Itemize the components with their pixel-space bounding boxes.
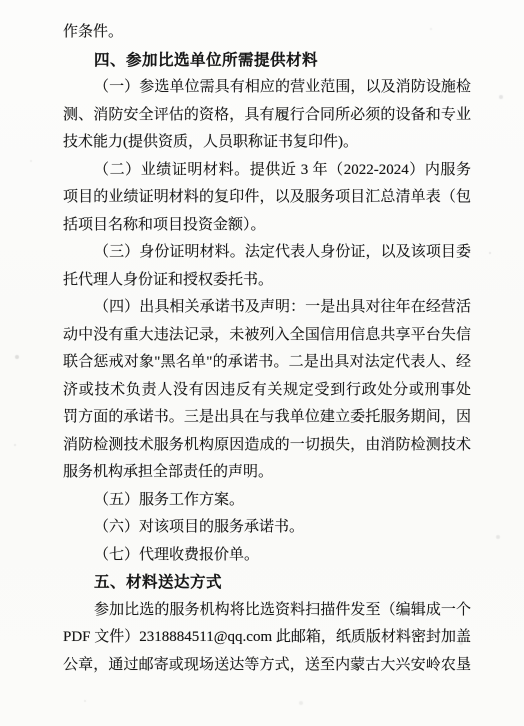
text-line: 罚方面的承诺书。三是出具在与我单位建立委托服务期间，因 xyxy=(63,404,471,432)
text-line: 测、消防安全评估的资格，具有履行合同所必须的设备和专业 xyxy=(63,102,471,130)
text-line: 项目的业绩证明材料的复印件，以及服务项目汇总清单表（包 xyxy=(63,184,471,212)
text-line: 济或技术负责人没有因违反有关规定受到行政处分或刑事处 xyxy=(63,377,471,405)
email-address: 2318884511@qq.com xyxy=(139,629,272,645)
text-line: 消防检测技术服务机构原因造成的一切损失，由消防检测技术 xyxy=(63,432,471,460)
scan-noise xyxy=(0,0,2,2)
text-line: 托代理人身份证和授权委托书。 xyxy=(63,267,471,295)
text-line: 服务机构承担全部责任的声明。 xyxy=(63,459,471,487)
list-item-7: （七）代理收费报价单。 xyxy=(63,542,471,570)
text-line: 作条件。 xyxy=(63,19,471,47)
text-line: （三）身份证明材料。法定代表人身份证，以及该项目委 xyxy=(63,239,471,267)
section-heading-5: 五、材料送达方式 xyxy=(63,569,471,597)
section-heading-4: 四、参加比选单位所需提供材料 xyxy=(63,47,471,75)
scanned-document-page: 作条件。 四、参加比选单位所需提供材料 （一）参选单位需具有相应的营业范围，以及… xyxy=(0,0,524,726)
text-line: 公章，通过邮寄或现场送达等方式，送至内蒙古大兴安岭农垦 xyxy=(63,652,471,680)
text-line: （一）参选单位需具有相应的营业范围，以及消防设施检 xyxy=(63,74,471,102)
text-fragment: PDF 文件） xyxy=(63,629,139,645)
document-body: 作条件。 四、参加比选单位所需提供材料 （一）参选单位需具有相应的营业范围，以及… xyxy=(63,19,471,679)
text-line-with-email: PDF 文件）2318884511@qq.com 此邮箱，纸质版材料密封加盖 xyxy=(63,624,471,652)
text-line: （二）业绩证明材料。提供近 3 年（2022-2024）内服务 xyxy=(63,157,471,185)
text-line: 动中没有重大违法记录，未被列入全国信用信息共享平台失信 xyxy=(63,322,471,350)
text-line: （四）出具相关承诺书及声明：一是出具对往年在经营活 xyxy=(63,294,471,322)
list-item-5: （五）服务工作方案。 xyxy=(63,487,471,515)
text-line: 联合惩戒对象"黑名单"的承诺书。二是出具对法定代表人、经 xyxy=(63,349,471,377)
text-fragment: 此邮箱，纸质版材料密封加盖 xyxy=(272,629,471,645)
text-line: 括项目名称和项目投资金额）。 xyxy=(63,212,471,240)
text-line: 技术能力(提供资质，人员职称证书复印件)。 xyxy=(63,129,471,157)
text-line: 参加比选的服务机构将比选资料扫描件发至（编辑成一个 xyxy=(63,597,471,625)
list-item-6: （六）对该项目的服务承诺书。 xyxy=(63,514,471,542)
